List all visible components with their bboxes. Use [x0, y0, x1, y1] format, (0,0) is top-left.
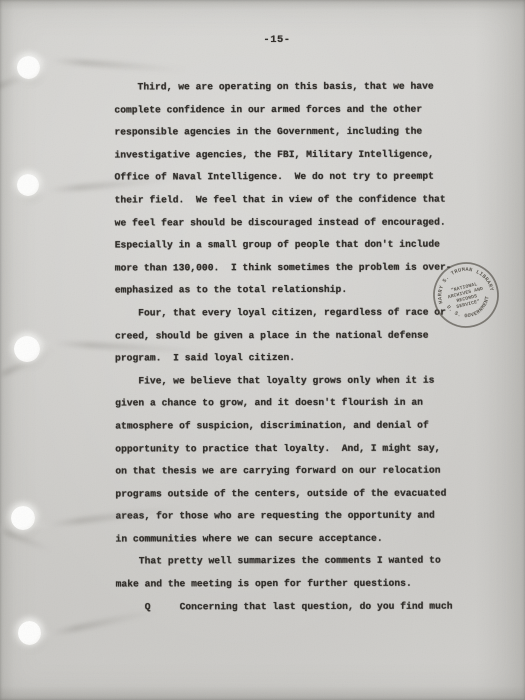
text-line: atmosphere of suspicion, discrimination,…	[115, 414, 475, 438]
punch-hole	[14, 336, 40, 362]
punch-hole	[11, 506, 35, 530]
text-line: given a chance to grow, and it doesn't f…	[115, 392, 475, 416]
text-line: creed, should be given a place in the na…	[115, 324, 475, 348]
text-line: investigative agencies, the FBI, Militar…	[114, 143, 474, 167]
text-line: program. I said loyal citizen.	[115, 347, 475, 371]
text-line: in communities where we can secure accep…	[115, 527, 475, 551]
text-line: Third, we are operating on this basis, t…	[114, 76, 474, 100]
text-line: That pretty well summarizes the comments…	[116, 550, 476, 574]
paper-crease	[36, 56, 196, 73]
text-line: Especially in a small group of people th…	[115, 234, 475, 258]
text-line: make and the meeting is open for further…	[116, 573, 476, 597]
text-line: their field. We feel that in view of the…	[115, 188, 475, 212]
text-line: opportunity to practice that loyalty. An…	[115, 437, 475, 461]
text-line: more than 130,000. I think sometimes the…	[115, 256, 475, 280]
punch-hole	[17, 174, 39, 196]
text-line: programs outside of the centers, outside…	[115, 482, 475, 506]
text-line: we feel fear should be discouraged inste…	[115, 211, 475, 235]
text-line: emphasized as to the total relationship.	[115, 279, 475, 303]
punch-hole	[18, 621, 41, 645]
text-line: responsible agencies in the Government, …	[114, 121, 474, 145]
text-line: on that thesis we are carrying forward o…	[115, 460, 475, 484]
scanned-document-page: -15- Third, we are operating on this bas…	[0, 0, 525, 700]
text-line: areas, for those who are requesting the …	[115, 505, 475, 529]
text-line: Five, we believe that loyalty grows only…	[115, 369, 475, 393]
typewritten-text-block: Third, we are operating on this basis, t…	[114, 76, 475, 619]
punch-hole	[17, 56, 40, 79]
text-line: Q Concerning that last question, do you …	[116, 595, 476, 619]
page-number: -15-	[263, 34, 290, 46]
text-line: Four, that every loyal citizen, regardle…	[115, 301, 475, 325]
text-line: complete confidence in our armed forces …	[114, 98, 474, 122]
text-line: Office of Naval Intelligence. We do not …	[115, 166, 475, 190]
